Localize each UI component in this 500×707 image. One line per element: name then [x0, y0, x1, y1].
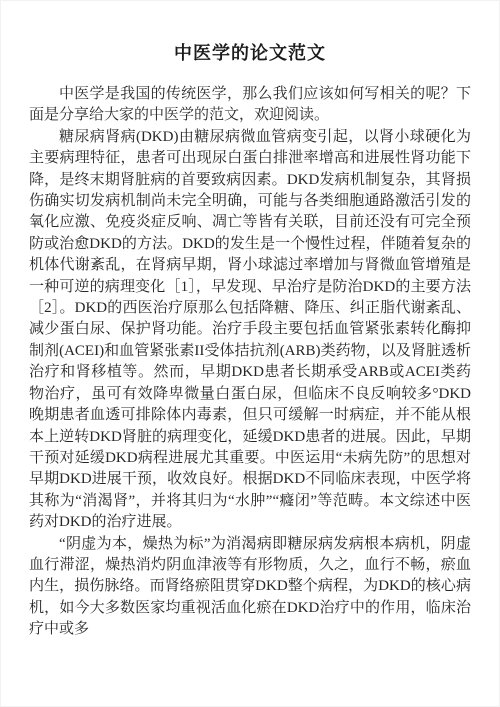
page-title: 中医学的论文范文	[29, 39, 471, 65]
paragraph: 中医学是我国的传统医学，那么我们应该如何写相关的呢？下面是分享给大家的中医学的范…	[29, 84, 471, 127]
document-body: 中医学是我国的传统医学，那么我们应该如何写相关的呢？下面是分享给大家的中医学的范…	[29, 84, 471, 641]
paragraph: “阴虚为本，燥热为标”为消渴病即糖尿病发病根本病机，阴虚血行滞涩，燥热消灼阴血津…	[29, 534, 471, 641]
document-page: 中医学的论文范文 中医学是我国的传统医学，那么我们应该如何写相关的呢？下面是分享…	[0, 0, 500, 707]
paragraph: 糖尿病肾病(DKD)由糖尿病微血管病变引起，以肾小球硬化为主要病理特征，患者可出…	[29, 127, 471, 534]
